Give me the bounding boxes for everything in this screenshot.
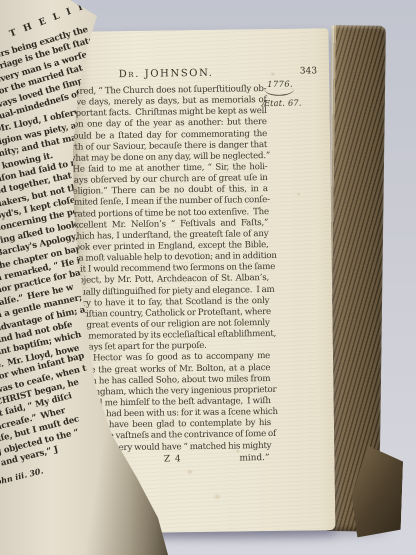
- signature-mark: Z 4: [164, 454, 182, 464]
- margin-aetat-note: Ætat. 67.: [261, 97, 323, 108]
- underline-swash-mark: [264, 89, 294, 96]
- page-number: 343: [300, 66, 317, 76]
- catchword: mind.”: [239, 453, 269, 463]
- margin-notes: 1776. Ætat. 67.: [261, 78, 323, 108]
- photo-backdrop: Dr. JOHNSON. 343 1776. Ætat. 67. wered, …: [0, 0, 416, 555]
- margin-year-note: 1776.: [261, 78, 323, 89]
